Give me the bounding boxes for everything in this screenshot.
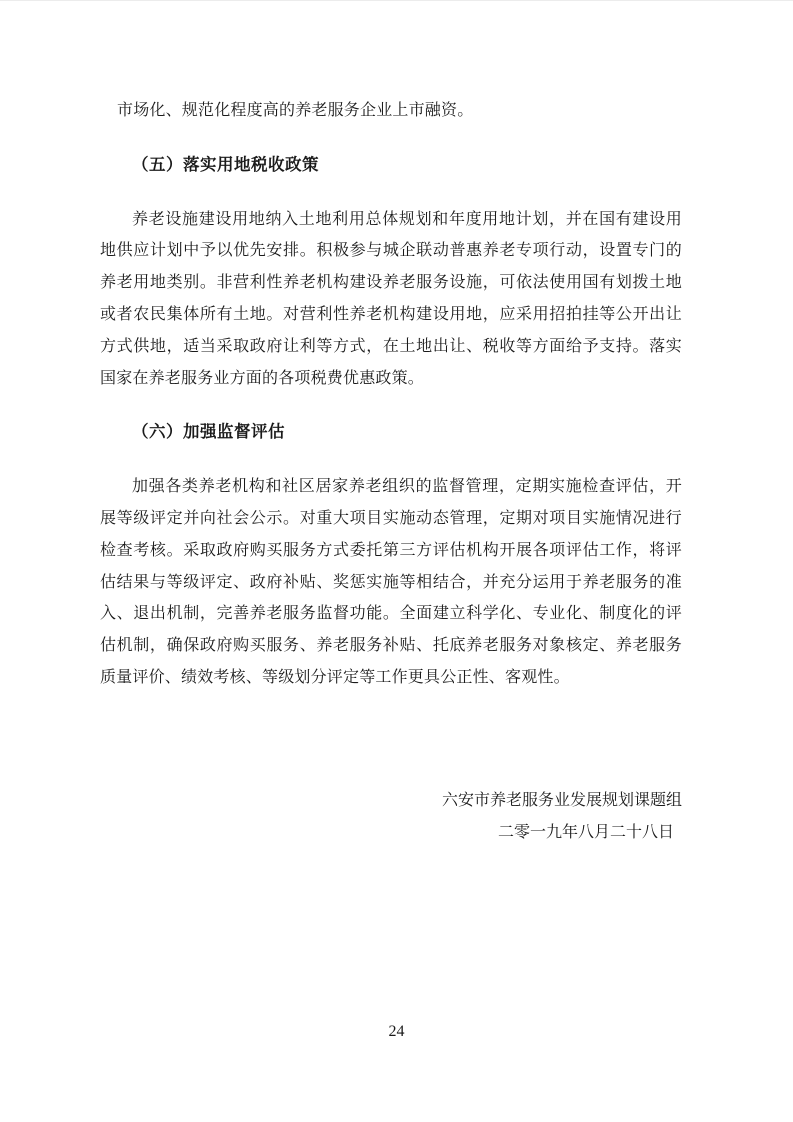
paragraph-supervision-evaluation: 加强各类养老机构和社区居家养老组织的监督管理，定期实施检查评估，开 展等级评定并… bbox=[100, 471, 682, 694]
paragraph-land-tax-policy: 养老设施建设用地纳入土地利用总体规划和年度用地计划，并在国有建设用 地供应计划中… bbox=[100, 204, 682, 395]
paragraph-line: 养老设施建设用地纳入土地利用总体规划和年度用地计划，并在国有建设用 bbox=[100, 204, 682, 236]
paragraph-line: 估机制，确保政府购买服务、养老服务补贴、托底养老服务对象核定、养老服务 bbox=[100, 630, 682, 662]
signature-organization: 六安市养老服务业发展规划课题组 bbox=[100, 785, 682, 817]
page-footer: 24 bbox=[0, 1022, 793, 1042]
paragraph-line: 加强各类养老机构和社区居家养老组织的监督管理，定期实施检查评估，开 bbox=[100, 471, 682, 503]
document-body: 市场化、规范化程度高的养老服务企业上市融资。 （五）落实用地税收政策 养老设施建… bbox=[100, 95, 682, 848]
paragraph-line: 或者农民集体所有土地。对营利性养老机构建设用地，应采用招拍挂等公开出让 bbox=[100, 299, 682, 331]
paragraph-line: 养老用地类别。非营利性养老机构建设养老服务设施，可依法使用国有划拨土地 bbox=[100, 267, 682, 299]
page-number: 24 bbox=[389, 1023, 405, 1040]
paragraph-line: 估结果与等级评定、政府补贴、奖惩实施等相结合，并充分运用于养老服务的准 bbox=[100, 567, 682, 599]
section-heading-5: （五）落实用地税收政策 bbox=[100, 150, 682, 182]
paragraph-line: 展等级评定并向社会公示。对重大项目实施动态管理，定期对项目实施情况进行 bbox=[100, 503, 682, 535]
paragraph-line: 检查考核。采取政府购买服务方式委托第三方评估机构开展各项评估工作，将评 bbox=[100, 535, 682, 567]
signature-date: 二零一九年八月二十八日 bbox=[100, 817, 682, 849]
paragraph-line: 国家在养老服务业方面的各项税费优惠政策。 bbox=[100, 363, 682, 395]
paragraph-line: 方式供地，适当采取政府让利等方式，在土地出让、税收等方面给予支持。落实 bbox=[100, 331, 682, 363]
paragraph-fragment-line: 市场化、规范化程度高的养老服务企业上市融资。 bbox=[100, 95, 682, 127]
paragraph-line: 质量评价、绩效考核、等级划分评定等工作更具公正性、客观性。 bbox=[100, 662, 682, 694]
signature-block: 六安市养老服务业发展规划课题组 二零一九年八月二十八日 bbox=[100, 785, 682, 849]
paragraph-line: 地供应计划中予以优先安排。积极参与城企联动普惠养老专项行动，设置专门的 bbox=[100, 235, 682, 267]
paragraph-line: 入、退出机制，完善养老服务监督功能。全面建立科学化、专业化、制度化的评 bbox=[100, 598, 682, 630]
document-page: 市场化、规范化程度高的养老服务企业上市融资。 （五）落实用地税收政策 养老设施建… bbox=[0, 0, 793, 1122]
section-heading-6: （六）加强监督评估 bbox=[100, 417, 682, 449]
